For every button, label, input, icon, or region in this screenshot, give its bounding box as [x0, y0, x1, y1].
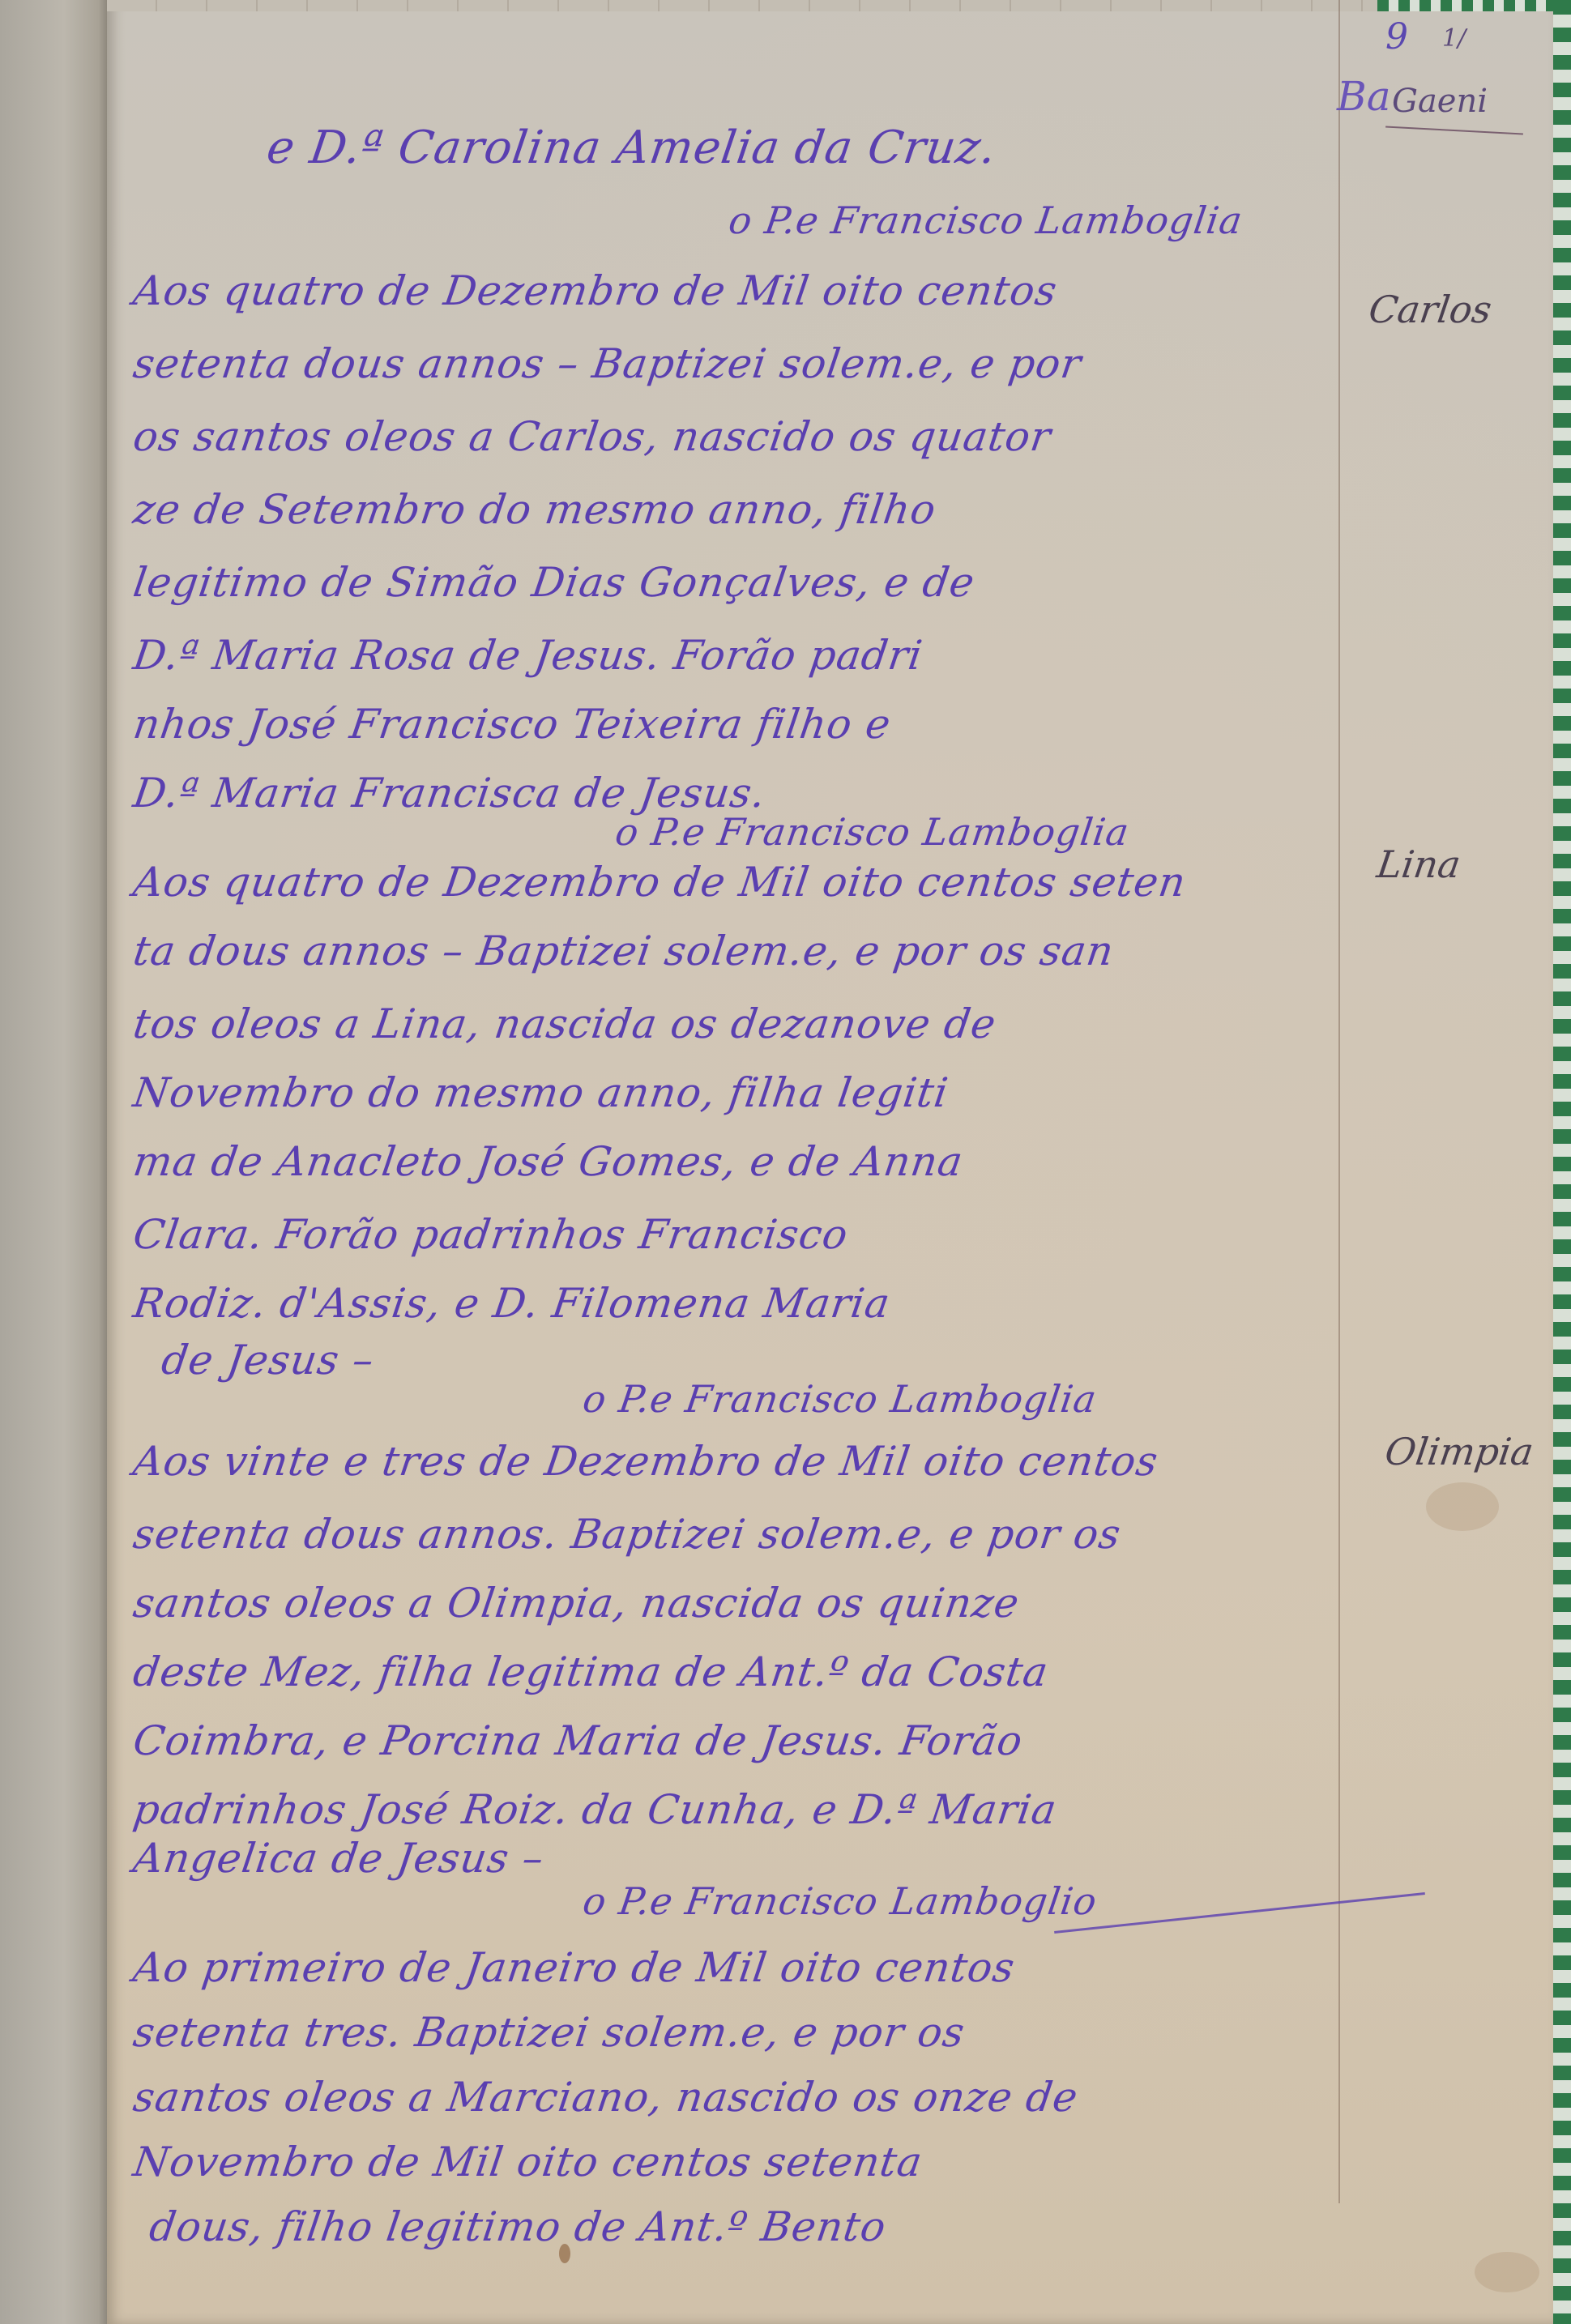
entry-1-line-3: ze de Setembro do mesmo anno, filho [130, 486, 939, 533]
paper-stain [1426, 1482, 1499, 1531]
entry-2-line-6: Rodiz. d'Assis, e D. Filomena Maria [130, 1280, 894, 1327]
folio-word: Gaeni [1392, 83, 1488, 120]
entry-2-line-5: Clara. Forão padrinhos Francisco [130, 1211, 852, 1258]
margin-rule [1338, 0, 1340, 2203]
paper-stain [1475, 2252, 1539, 2292]
entry-2-line-0: Aos quatro de Dezembro de Mil oito cento… [130, 859, 1189, 906]
entry-3-line-0: Aos vinte e tres de Dezembro de Mil oito… [130, 1438, 1161, 1485]
entry-4-line-0: Ao primeiro de Janeiro de Mil oito cento… [130, 1944, 1018, 1991]
entry-0-signature: o P.e Francisco Lamboglia [726, 198, 1245, 242]
entry-2-line-4: ma de Anacleto José Gomes, e de Anna [130, 1138, 967, 1185]
entry-4-line-1: setenta tres. Baptizei solem.e, e por os [130, 2009, 968, 2056]
register-photo: 9 1/ Ba Gaeni e D.ª Carolina Amelia da C… [0, 0, 1571, 2324]
entry-1-line-1: setenta dous annos – Baptizei solem.e, e… [130, 340, 1085, 387]
entry-2-line-1: ta dous annos – Baptizei solem.e, e por … [130, 927, 1117, 974]
entry-3-line-2: santos oleos a Olimpia, nascida os quinz… [130, 1580, 1022, 1627]
entry-2-line-2: tos oleos a Lina, nascida os dezanove de [130, 1000, 999, 1047]
entry-2-line-3: Novembro do mesmo anno, filha legiti [130, 1069, 951, 1116]
entry-3-line-3: deste Mez, filha legitima de Ant.º da Co… [130, 1648, 1052, 1695]
entry-2-line-7: de Jesus – [159, 1337, 378, 1384]
green-cloth-top [1377, 0, 1571, 11]
entry-3-margin-name: Olimpia [1382, 1430, 1536, 1473]
entry-3-line-1: setenta dous annos. Baptizei solem.e, e … [130, 1511, 1124, 1558]
folio-annotation: 1/ [1442, 24, 1466, 53]
entry-3-line-4: Coimbra, e Porcina Maria de Jesus. Forão [130, 1717, 1026, 1764]
entry-4-line-2: santos oleos a Marciano, nascido os onze… [130, 2074, 1081, 2121]
entry-4-line-4: dous, filho legitimo de Ant.º Bento [147, 2203, 890, 2250]
entry-1-margin-name: Carlos [1366, 288, 1494, 331]
folio-number: 9 [1385, 16, 1408, 58]
entry-2-margin-name: Lina [1374, 842, 1463, 886]
folio-mark: 9 1/ Ba Gaeni [1337, 16, 1548, 154]
entry-1-line-0: Aos quatro de Dezembro de Mil oito cento… [130, 267, 1061, 314]
green-checked-cloth [1553, 0, 1571, 2324]
entry-0-line-0: e D.ª Carolina Amelia da Cruz. [263, 122, 1000, 174]
entry-2-signature: o P.e Francisco Lamboglia [580, 1377, 1099, 1421]
entry-3-line-6: Angelica de Jesus – [130, 1835, 547, 1882]
entry-1-line-5: D.ª Maria Rosa de Jesus. Forão padri [130, 632, 926, 679]
entry-3-line-5: padrinhos José Roiz. da Cunha, e D.ª Mar… [130, 1786, 1060, 1833]
entry-1-line-6: nhos José Francisco Teixeira filho e [130, 701, 894, 748]
entry-4-line-3: Novembro de Mil oito centos setenta [130, 2139, 925, 2185]
facing-page-edge [0, 0, 107, 2324]
page-top-edge [107, 0, 1553, 11]
entry-3-signature: o P.e Francisco Lamboglio [580, 1879, 1099, 1923]
entry-1-line-2: os santos oleos a Carlos, nascido os qua… [130, 413, 1054, 460]
entry-1-line-4: legitimo de Simão Dias Gonçalves, e de [130, 559, 978, 606]
entry-1-signature: o P.e Francisco Lamboglia [613, 810, 1132, 854]
folio-initials: Ba [1337, 73, 1391, 120]
folio-underline [1385, 126, 1523, 135]
